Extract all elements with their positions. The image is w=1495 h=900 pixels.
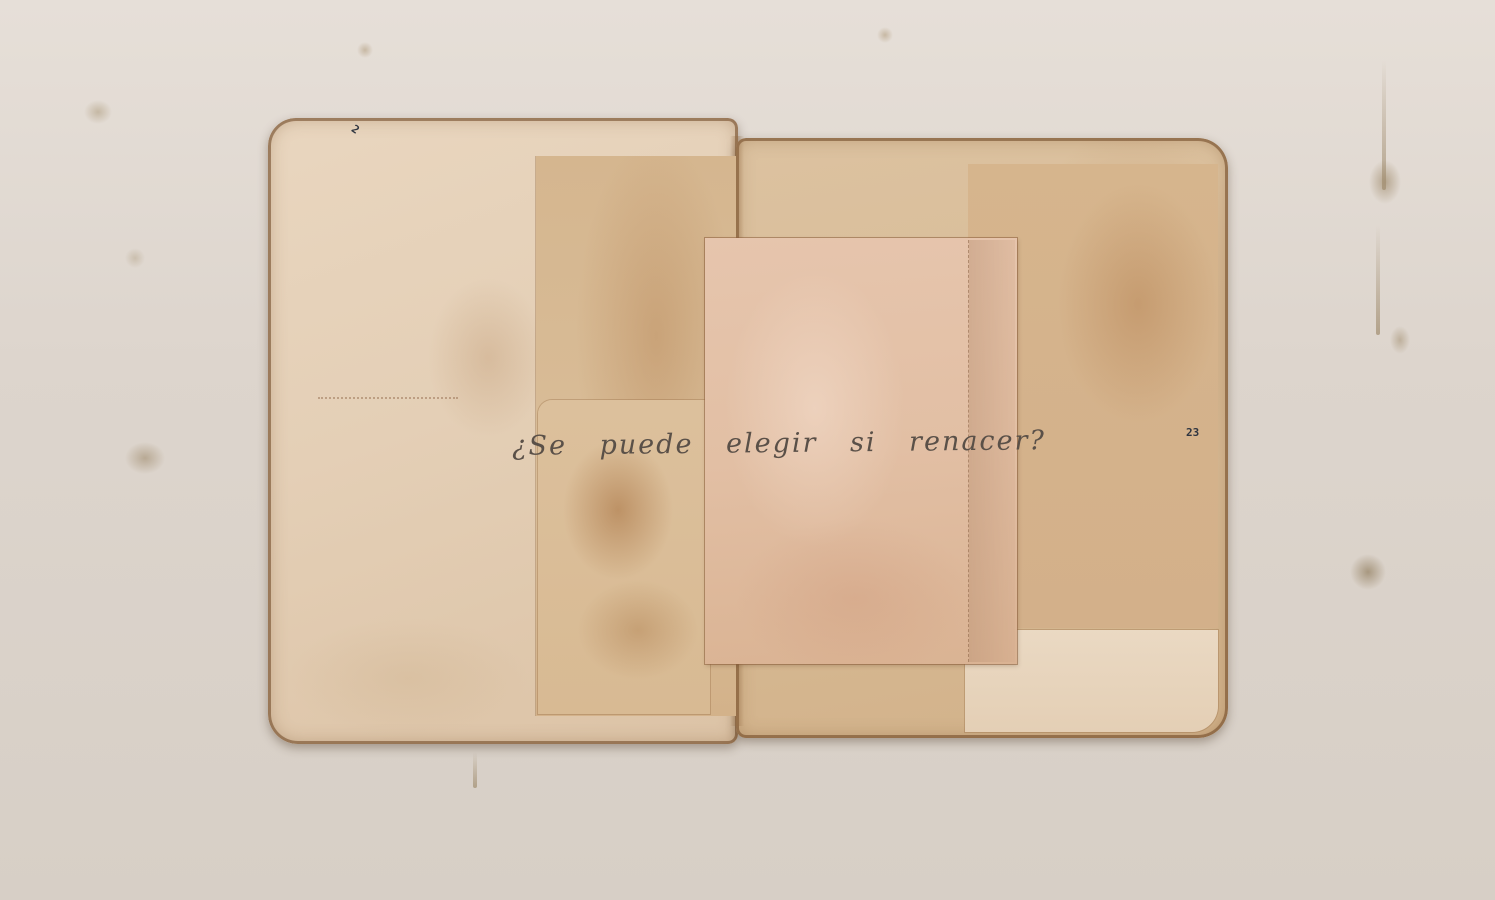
drip-stain xyxy=(1376,225,1380,335)
open-book: 2 ¿Se puede elegir si renacer? 23 xyxy=(268,118,1228,750)
faint-stain-mark xyxy=(318,391,458,399)
handwritten-question: ¿Se puede elegir si renacer? xyxy=(512,425,1046,462)
drip-stain xyxy=(1382,60,1386,190)
drip-stain xyxy=(473,752,477,788)
page-number-left: 2 xyxy=(349,122,362,136)
page-number-right: 23 xyxy=(1186,426,1199,439)
